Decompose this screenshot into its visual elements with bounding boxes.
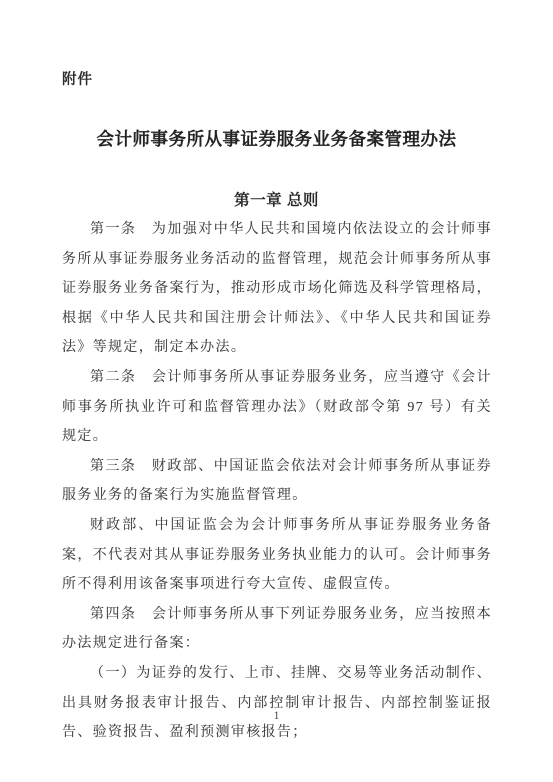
paragraph-article-3: 第三条 财政部、中国证监会依法对会计师事务所从事证券服务业务的备案行为实施监督管… [62,452,492,511]
paragraph-article-1: 第一条 为加强对中华人民共和国境内依法设立的会计师事务所从事证券服务业务活动的监… [62,215,492,363]
chapter-heading: 第一章 总则 [0,188,553,210]
paragraph-article-4-item-1: （一）为证券的发行、上市、挂牌、交易等业务活动制作、出具财务报表审计报告、内部控… [62,659,492,748]
document-body: 第一条 为加强对中华人民共和国境内依法设立的会计师事务所从事证券服务业务活动的监… [62,215,492,748]
document-title: 会计师事务所从事证券服务业务备案管理办法 [0,126,553,151]
attachment-label: 附件 [62,68,93,89]
paragraph-article-4: 第四条 会计师事务所从事下列证券服务业务，应当按照本办法规定进行备案： [62,600,492,659]
page-number: 1 [0,710,553,722]
paragraph-article-3-continued: 财政部、中国证监会为会计师事务所从事证券服务业务备案，不代表对其从事证券服务业务… [62,511,492,600]
paragraph-article-2: 第二条 会计师事务所从事证券服务业务，应当遵守《会计师事务所执业许可和监督管理办… [62,363,492,452]
scanned-document-page: 附件 会计师事务所从事证券服务业务备案管理办法 第一章 总则 第一条 为加强对中… [0,0,553,782]
